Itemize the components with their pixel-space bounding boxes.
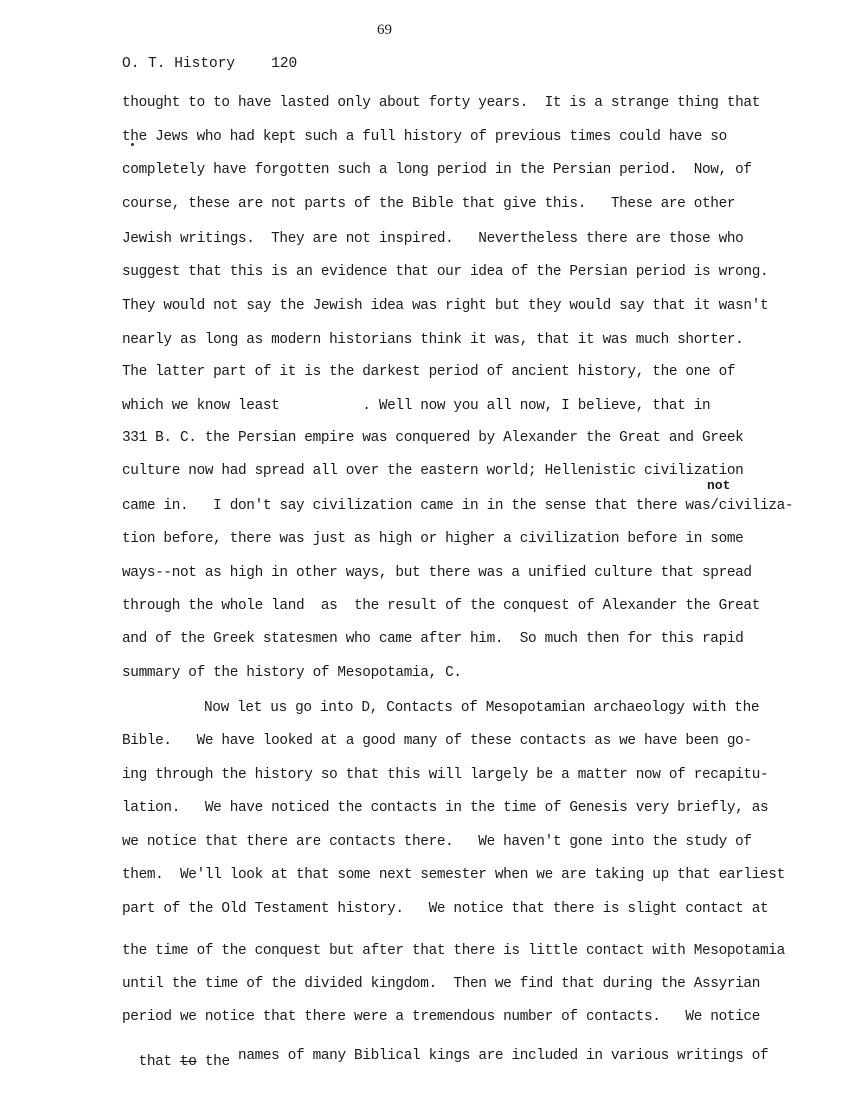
page-number: 69 bbox=[0, 22, 769, 39]
document-header: O. T. History120 bbox=[122, 56, 297, 72]
text-line: culture now had spread all over the east… bbox=[122, 463, 743, 479]
text-line: The latter part of it is the darkest per… bbox=[122, 364, 735, 380]
text-line: They would not say the Jewish idea was r… bbox=[122, 298, 768, 314]
text-line: thought to to have lasted only about for… bbox=[122, 95, 760, 111]
text-line: which we know least . Well now you all n… bbox=[122, 398, 710, 414]
reference-number: 120 bbox=[271, 56, 297, 72]
text-line: until the time of the divided kingdom. T… bbox=[122, 976, 760, 992]
text-line: 331 B. C. the Persian empire was conquer… bbox=[122, 430, 743, 446]
text-line: part of the Old Testament history. We no… bbox=[122, 901, 768, 917]
raised-text: names of many Biblical kings are include… bbox=[238, 1048, 768, 1064]
text-line: we notice that there are contacts there.… bbox=[122, 834, 752, 850]
text-line: Jewish writings. They are not inspired. … bbox=[122, 231, 743, 247]
text-fragment: that bbox=[139, 1054, 180, 1070]
text-line: lation. We have noticed the contacts in … bbox=[122, 800, 768, 816]
course-title: O. T. History bbox=[122, 56, 235, 72]
text-line: completely have forgotten such a long pe… bbox=[122, 162, 752, 178]
text-line: came in. I don't say civilization came i… bbox=[122, 498, 793, 514]
text-line: course, these are not parts of the Bible… bbox=[122, 196, 735, 212]
text-line: ways--not as high in other ways, but the… bbox=[122, 565, 752, 581]
text-line-last: that to the names of many Biblical kings… bbox=[122, 1038, 768, 1070]
text-line: the Jews who had kept such a full histor… bbox=[122, 129, 727, 145]
text-line: the time of the conquest but after that … bbox=[122, 943, 785, 959]
text-line: Now let us go into D, Contacts of Mesopo… bbox=[204, 700, 759, 716]
text-line: and of the Greek statesmen who came afte… bbox=[122, 631, 743, 647]
text-line: ing through the history so that this wil… bbox=[122, 767, 768, 783]
text-line: through the whole land as the result of … bbox=[122, 598, 760, 614]
text-line: them. We'll look at that some next semes… bbox=[122, 867, 785, 883]
text-fragment: the bbox=[197, 1054, 238, 1070]
text-line: summary of the history of Mesopotamia, C… bbox=[122, 665, 462, 681]
interlinear-insert: not bbox=[707, 478, 730, 493]
struck-text: to bbox=[180, 1054, 197, 1070]
text-line: nearly as long as modern historians thin… bbox=[122, 332, 743, 348]
text-line: period we notice that there were a treme… bbox=[122, 1009, 760, 1025]
text-line: Bible. We have looked at a good many of … bbox=[122, 733, 752, 749]
text-line: suggest that this is an evidence that ou… bbox=[122, 264, 768, 280]
text-line: tion before, there was just as high or h… bbox=[122, 531, 743, 547]
